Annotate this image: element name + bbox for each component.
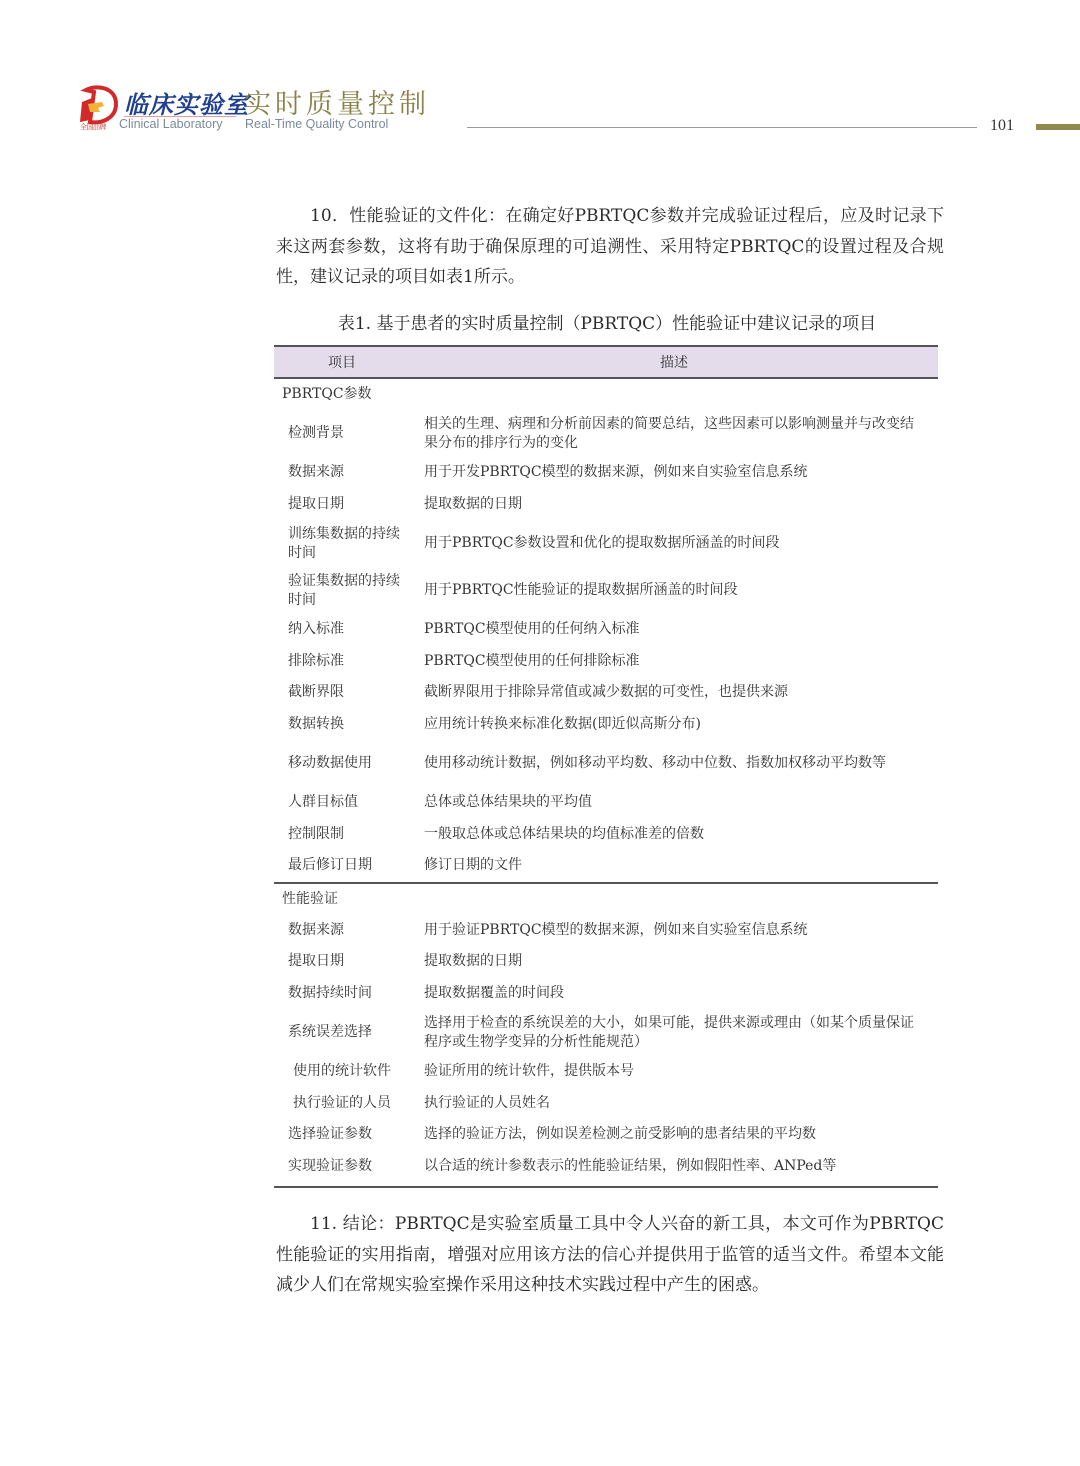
table-header: 项目 描述 <box>274 345 938 379</box>
row-item: 截断界限 <box>274 683 424 702</box>
table-row: 检测背景 相关的生理、病理和分析前因素的简要总结，这些因素可以影响测量并与改变结… <box>274 410 938 457</box>
table-row: 提取日期 提取数据的日期 <box>274 946 938 978</box>
row-item: 系统误差选择 <box>274 1023 424 1042</box>
table-row: 截断界限 截断界限用于排除异常值或减少数据的可变性，也提供来源 <box>274 677 938 709</box>
row-item: 移动数据使用 <box>274 754 424 773</box>
paragraph-11-text: 11. 结论：PBRTQC是实验室质量工具中令人兴奋的新工具，本文可作为PBRT… <box>276 1214 944 1295</box>
row-item: 提取日期 <box>274 495 424 514</box>
row-description: 提取数据覆盖的时间段 <box>424 984 938 1003</box>
journal-title-cn: 实时质量控制 <box>244 82 430 121</box>
table-row: 数据转换 应用统计转换来标准化数据(即近似高斯分布) <box>274 709 938 741</box>
row-description: 提取数据的日期 <box>424 952 938 971</box>
row-description: 以合适的统计参数表示的性能验证结果，例如假阳性率、ANPed等 <box>424 1157 938 1176</box>
paragraph-11: 11. 结论：PBRTQC是实验室质量工具中令人兴奋的新工具，本文可作为PBRT… <box>276 1209 944 1301</box>
brand-name-cn: 临床实验室 <box>124 85 249 120</box>
table-row: 系统误差选择 选择用于检查的系统误差的大小，如果可能，提供来源或理由（如某个质量… <box>274 1009 938 1056</box>
row-description: 使用移动统计数据，例如移动平均数、移动中位数、指数加权移动平均数等 <box>424 754 938 773</box>
page-header: 全国品牌 临床实验室 实时质量控制 Clinical Laboratory Re… <box>0 0 1080 150</box>
row-item: 检测背景 <box>274 424 424 443</box>
table-row: 人群目标值 总体或总体结果块的平均值 <box>274 787 938 819</box>
row-description: PBRTQC模型使用的任何排除标准 <box>424 652 938 671</box>
header-accent-bar <box>1036 124 1080 130</box>
row-item: 训练集数据的持续时间 <box>274 525 424 563</box>
row-description: 提取数据的日期 <box>424 495 938 514</box>
row-description: 用于PBRTQC参数设置和优化的提取数据所涵盖的时间段 <box>424 534 938 553</box>
row-description: 一般取总体或总体结果块的均值标准差的倍数 <box>424 825 938 844</box>
row-item: 验证集数据的持续时间 <box>274 572 424 610</box>
paragraph-10-text: 10．性能验证的文件化：在确定好PBRTQC参数并完成验证过程后，应及时记录下来… <box>276 206 944 287</box>
row-item: 选择验证参数 <box>274 1125 424 1144</box>
row-description: 验证所用的统计软件，提供版本号 <box>424 1062 938 1081</box>
table-row: 控制限制 一般取总体或总体结果块的均值标准差的倍数 <box>274 819 938 851</box>
row-item: 最后修订日期 <box>274 856 424 875</box>
table-row: 提取日期 提取数据的日期 <box>274 489 938 521</box>
table-row: 验证集数据的持续时间 用于PBRTQC性能验证的提取数据所涵盖的时间段 <box>274 567 938 614</box>
table-row: 数据来源 用于开发PBRTQC模型的数据来源，例如来自实验室信息系统 <box>274 457 938 489</box>
row-description: 执行验证的人员姓名 <box>424 1094 938 1113</box>
row-item: 数据转换 <box>274 715 424 734</box>
table-bottom-rule <box>274 1186 938 1188</box>
table-row: 最后修订日期 修订日期的文件 <box>274 850 938 882</box>
row-description: 相关的生理、病理和分析前因素的简要总结，这些因素可以影响测量并与改变结果分布的排… <box>424 415 938 453</box>
page-number: 101 <box>990 117 1014 135</box>
paragraph-10: 10．性能验证的文件化：在确定好PBRTQC参数并完成验证过程后，应及时记录下来… <box>276 201 944 293</box>
row-item: 提取日期 <box>274 952 424 971</box>
row-item: 控制限制 <box>274 825 424 844</box>
table-row: 移动数据使用 使用移动统计数据，例如移动平均数、移动中位数、指数加权移动平均数等 <box>274 740 938 787</box>
row-description: 选择用于检查的系统误差的大小，如果可能，提供来源或理由（如某个质量保证程序或生物… <box>424 1014 938 1052</box>
table-row: 选择验证参数 选择的验证方法，例如误差检测之前受影响的患者结果的平均数 <box>274 1119 938 1151</box>
row-item: 数据持续时间 <box>274 984 424 1003</box>
row-item: 实现验证参数 <box>274 1157 424 1176</box>
table-row: 训练集数据的持续时间 用于PBRTQC参数设置和优化的提取数据所涵盖的时间段 <box>274 520 938 567</box>
journal-title-en: Real-Time Quality Control <box>245 117 388 131</box>
brand-name-en: Clinical Laboratory <box>119 117 223 131</box>
row-description: 用于验证PBRTQC模型的数据来源，例如来自实验室信息系统 <box>424 921 938 940</box>
table-row: 排除标准 PBRTQC模型使用的任何排除标准 <box>274 646 938 678</box>
table-row: 使用的统计软件 验证所用的统计软件，提供版本号 <box>274 1056 938 1088</box>
row-item: 人群目标值 <box>274 793 424 812</box>
column-header-description: 描述 <box>410 352 938 372</box>
row-description: 选择的验证方法，例如误差检测之前受影响的患者结果的平均数 <box>424 1125 938 1144</box>
header-divider <box>467 127 977 128</box>
row-description: PBRTQC模型使用的任何纳入标准 <box>424 620 938 639</box>
row-item: 排除标准 <box>274 652 424 671</box>
row-item: 纳入标准 <box>274 620 424 639</box>
section-title-performance-validation: 性能验证 <box>274 884 938 915</box>
row-description: 应用统计转换来标准化数据(即近似高斯分布) <box>424 715 938 734</box>
row-item: 使用的统计软件 <box>274 1062 424 1081</box>
row-description: 用于PBRTQC性能验证的提取数据所涵盖的时间段 <box>424 581 938 600</box>
row-description: 用于开发PBRTQC模型的数据来源，例如来自实验室信息系统 <box>424 463 938 482</box>
table-row: 数据来源 用于验证PBRTQC模型的数据来源，例如来自实验室信息系统 <box>274 915 938 947</box>
row-item: 数据来源 <box>274 463 424 482</box>
logo-subtitle: 全国品牌 <box>80 122 106 132</box>
table-1: 项目 描述 PBRTQC参数 检测背景 相关的生理、病理和分析前因素的简要总结，… <box>274 345 938 1188</box>
table-row: 纳入标准 PBRTQC模型使用的任何纳入标准 <box>274 614 938 646</box>
table-caption: 表1. 基于患者的实时质量控制（PBRTQC）性能验证中建议记录的项目 <box>276 309 938 334</box>
column-header-item: 项目 <box>274 352 410 372</box>
section-title-pbrtqc-params: PBRTQC参数 <box>274 379 938 410</box>
row-description: 总体或总体结果块的平均值 <box>424 793 938 812</box>
table-row: 数据持续时间 提取数据覆盖的时间段 <box>274 978 938 1010</box>
row-item: 执行验证的人员 <box>274 1094 424 1113</box>
table-row: 实现验证参数 以合适的统计参数表示的性能验证结果，例如假阳性率、ANPed等 <box>274 1151 938 1183</box>
row-item: 数据来源 <box>274 921 424 940</box>
table-row: 执行验证的人员 执行验证的人员姓名 <box>274 1088 938 1120</box>
row-description: 截断界限用于排除异常值或减少数据的可变性，也提供来源 <box>424 683 938 702</box>
row-description: 修订日期的文件 <box>424 856 938 875</box>
